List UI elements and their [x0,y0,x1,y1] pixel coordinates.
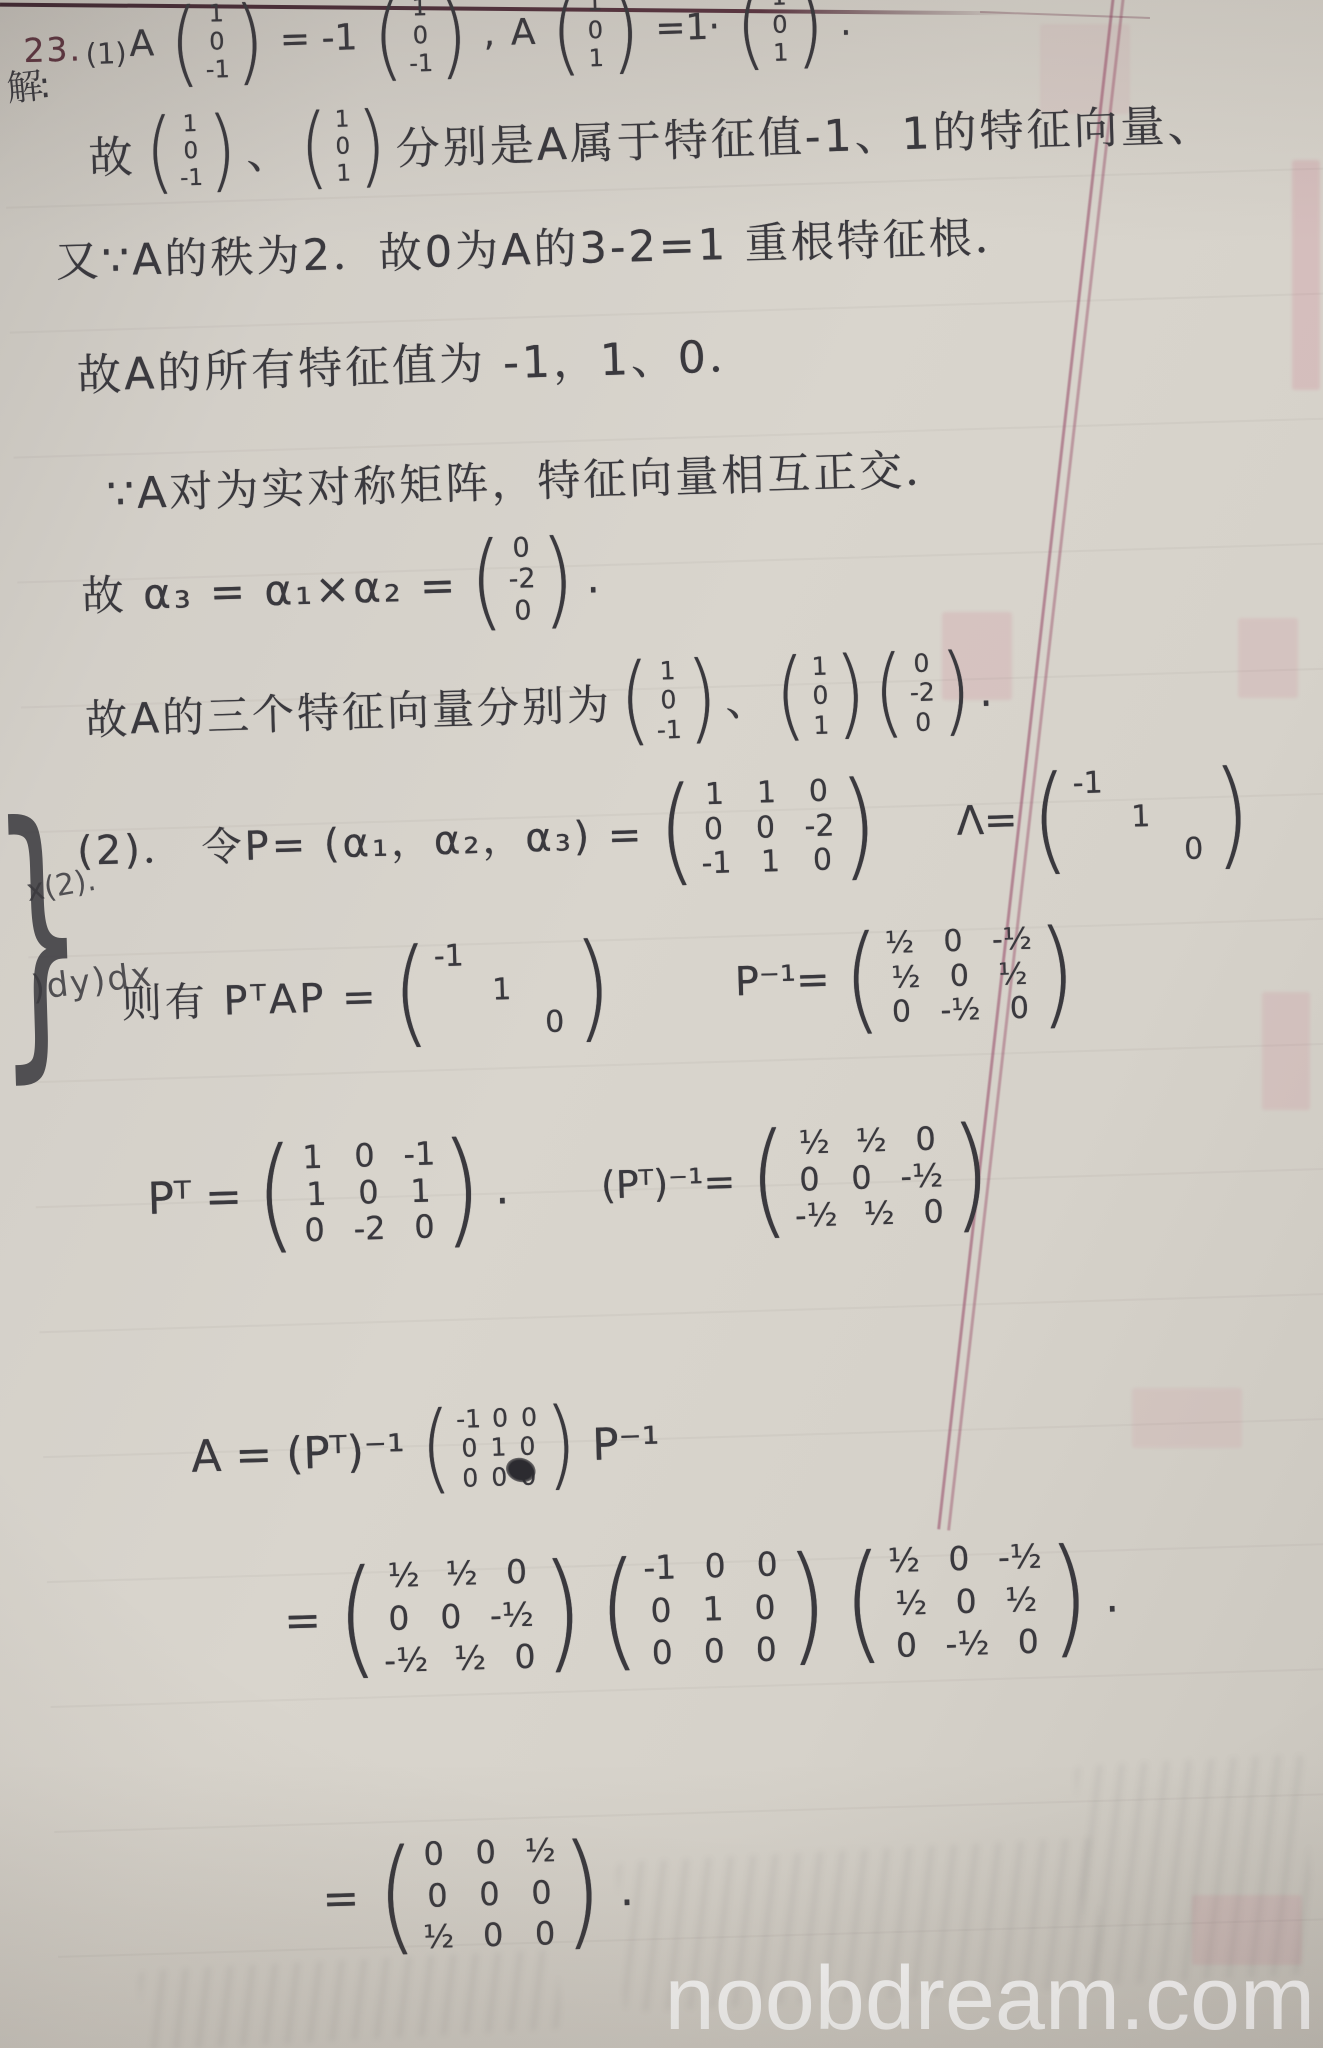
text-segment: 故A的三个特征向量分别为 [84,672,612,748]
text-segment: . [978,667,993,716]
ruled-line [51,1664,1323,1708]
text-segment: P⁻¹ [591,1418,660,1471]
text-segment: A = (Pᵀ)⁻¹ [191,1425,406,1482]
text-segment: 故 α₃ = α₁×α₂ = [81,552,459,623]
column-vector: 101 [299,106,387,187]
text-segment: (2)． 令P= (α₁，α₂，α₃) = [76,803,645,877]
solution-line-13: = 00½000½00 . [321,1832,636,1958]
text-segment: = [322,1873,360,1925]
text-segment: P⁻¹= [734,957,830,1006]
matrix-P-transpose: 10-11010-20 [254,1136,482,1249]
matrix-lambda: -110 [1030,763,1251,870]
text-segment: Λ= [956,797,1018,845]
text-segment: =1· [655,7,721,50]
matrix-P: 11000-2-110 [657,774,878,881]
text-segment: . [839,3,852,44]
text-segment: = -1 [279,17,358,60]
text-segment: = [283,1595,321,1647]
watermark: noobdream.com [665,1948,1315,2048]
text-segment: . [1104,1572,1120,1623]
text-segment: A [510,12,536,54]
column-vector: 101 [735,0,825,68]
text-segment: (Pᵀ)⁻¹= [600,1160,736,1208]
matrix-diagonal: -110 [391,936,612,1043]
text-segment: A [129,24,155,66]
text-segment: 故A的所有特征值为 -1，1、0． [76,320,757,404]
matrix-PT-inverse: ½½000-½-½½0 [748,1121,992,1235]
matrix-diagonal: -100010000 [420,1403,578,1492]
column-vector: 10-1 [372,0,468,78]
text-segment: ∵A对为实对称矩阵，特征向量相互正交． [106,436,952,522]
text-segment: 则有 PᵀAP = [121,965,380,1030]
solution-line-4: 故A的所有特征值为 -1，1、0． [76,320,757,404]
text-segment: 、 [724,668,768,729]
text-segment: 故 [88,121,137,186]
solution-line-7: 故A的三个特征向量分别为 10-1 、 101 0-20 . [84,649,994,761]
matrix-P-inverse: ½0-½½0½0-½0 [842,922,1076,1029]
text-segment: . [494,1163,510,1214]
solution-line-3: 又∵A的秩为2．故0为A的3-2=1 重根特征根． [55,203,1021,289]
solution-line-10: Pᵀ = 10-11010-20 . (Pᵀ)⁻¹= ½½000-½-½½0 [146,1121,992,1253]
ruled-line [54,1789,1323,1833]
solution-line-1: A 10-1 = -1 10-1 , A 101 =1· 101 . [128,0,852,86]
solution-line-12: = ½½000-½-½½0 -100010000 ½0-½½0½0-½0 . [282,1537,1120,1682]
column-vector: 10-1 [619,657,719,745]
column-vector: 101 [550,0,640,73]
solution-line-8: (2)． 令P= (α₁，α₂，α₃) = 11000-2-110 Λ= -11… [76,763,1252,898]
solution-line-5: ∵A对为实对称矩阵，特征向量相互正交． [106,436,952,522]
column-vector: 10-1 [169,0,265,84]
notebook-photo: 23. (1) 解: A 10-1 = -1 10-1 , A 101 =1· … [0,0,1323,2048]
text-segment: . [585,553,600,602]
text-segment: , [483,13,496,54]
margin-brace-doodle [0,788,89,1085]
column-vector: 101 [774,652,867,739]
text-segment: 又∵A的秩为2．故0为A的3-2=1 重根特征根． [55,203,1021,289]
handwritten-solution: 23. (1) 解: A 10-1 = -1 10-1 , A 101 =1· … [0,0,1323,2048]
matrix-result-A: 00½000½00 [376,1833,604,1956]
text-segment: Pᵀ = [147,1171,243,1225]
solution-line-11: A = (Pᵀ)⁻¹ -100010000 P⁻¹ [190,1401,661,1500]
text-segment: . [619,1865,635,1916]
solution-line-9: 则有 PᵀAP = -110 P⁻¹= ½0-½½0½0-½0 [120,922,1076,1051]
matrix-diagonal: -100010000 [597,1546,829,1673]
solution-line-6: 故 α₃ = α₁×α₂ = 0-20 . [80,532,601,638]
matrix-PT-inverse: ½½000-½-½½0 [335,1553,584,1680]
column-vector: 0-20 [872,649,972,737]
text-segment: 分别是A属于特征值-1、1的特征向量、 [395,89,1216,177]
column-vector: 10-1 [144,111,237,192]
solve-label: 解: [4,57,49,112]
ruled-line [39,1290,1323,1334]
column-vector: 0-20 [469,533,576,627]
matrix-P-inverse: ½0-½½0½0-½0 [842,1538,1091,1665]
text-segment: 、 [245,116,291,181]
part-1-label: (1) [85,36,127,71]
